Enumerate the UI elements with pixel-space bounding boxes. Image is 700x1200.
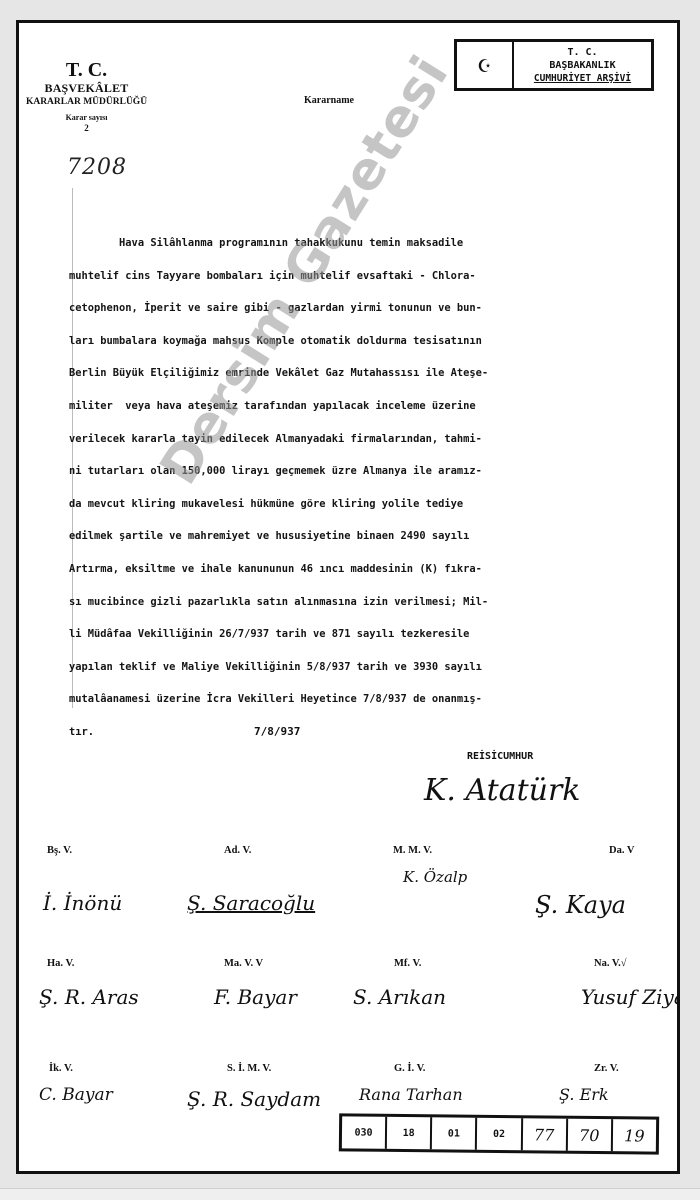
president-title: REİSİCUMHUR xyxy=(467,751,533,762)
ref-cell: 030 xyxy=(342,1116,387,1148)
minister-label: Mf. V. xyxy=(394,958,421,969)
minister-label: M. M. V. xyxy=(393,845,432,856)
body-line: mutalâanamesi üzerine İcra Vekilleri Hey… xyxy=(69,683,649,716)
body-line: muhtelif cins Tayyare bombaları için muh… xyxy=(69,260,649,293)
stamp-line-3: CUMHURİYET ARŞİVİ xyxy=(514,72,651,85)
minister-label: Ha. V. xyxy=(47,958,74,969)
crescent-star-icon: ☪ xyxy=(457,42,514,88)
stamp-line-1: T. C. xyxy=(514,46,651,59)
minister-signature: C. Bayar xyxy=(39,1085,113,1105)
minister-signature: Rana Tarhan xyxy=(359,1085,463,1104)
minister-label: Na. V.√ xyxy=(594,958,627,969)
issuer-header: T. C. BAŞVEKÂLET KARARLAR MÜDÜRLÜĞÜ Kara… xyxy=(19,59,154,133)
ref-cell: 77 xyxy=(522,1118,567,1150)
minister-signature: Ş. Erk xyxy=(559,1085,609,1104)
ref-cell: 19 xyxy=(613,1119,656,1151)
minister-label: G. İ. V. xyxy=(394,1063,425,1074)
minister-label: Da. V xyxy=(609,845,634,856)
state-abbrev: T. C. xyxy=(19,59,154,81)
decision-number-label: Karar sayısı xyxy=(19,113,154,123)
archive-stamp: ☪ T. C. BAŞBAKANLIK CUMHURİYET ARŞİVİ xyxy=(454,39,654,91)
body-line: Berlin Büyük Elçiliğimiz emrinde Vekâlet… xyxy=(69,357,649,390)
decree-body: Hava Silâhlanma programının tahakkukunu … xyxy=(69,227,649,749)
minister-label: S. İ. M. V. xyxy=(227,1063,271,1074)
minister-signature: Ş. Saracoğlu xyxy=(187,891,315,915)
body-line: ları bumbalara koymağa mahsus Komple oto… xyxy=(69,325,649,358)
body-line: yapılan teklif ve Maliye Vekilliğinin 5/… xyxy=(69,651,649,684)
minister-label: Zr. V. xyxy=(594,1063,619,1074)
minister-label: Ad. V. xyxy=(224,845,251,856)
archive-reference-box: 030 18 01 02 77 70 19 xyxy=(339,1113,659,1154)
body-line: da mevcut kliring mukavelesi hükmüne gör… xyxy=(69,488,649,521)
minister-label: Bş. V. xyxy=(47,845,72,856)
minister-signature: İ. İnönü xyxy=(43,891,122,915)
minister-signature: Ş. Kaya xyxy=(535,891,626,919)
ref-cell: 01 xyxy=(432,1117,477,1149)
department-name: KARARLAR MÜDÜRLÜĞÜ xyxy=(19,95,154,109)
document-type: Kararname xyxy=(304,95,354,106)
minister-signature: Ş. R. Saydam xyxy=(187,1087,321,1111)
ministry-name: BAŞVEKÂLET xyxy=(19,81,154,95)
viewer-bottom-strip xyxy=(0,1188,700,1200)
body-line: militer veya hava ateşemiz tarafından ya… xyxy=(69,390,649,423)
handwritten-decision-number: 7208 xyxy=(67,155,127,180)
body-line: tır. xyxy=(69,716,649,749)
minister-signature: S. Arıkan xyxy=(353,985,446,1009)
body-line: sı mucibince gizli pazarlıkla satın alın… xyxy=(69,586,649,619)
decision-number-sub: 2 xyxy=(19,123,154,133)
minister-signature: F. Bayar xyxy=(214,985,297,1009)
body-line: ni tutarları olan 150,000 lirayı geçmeme… xyxy=(69,455,649,488)
minister-signature: Yusuf Ziya xyxy=(581,985,680,1009)
ref-cell: 70 xyxy=(568,1119,613,1151)
minister-signature: K. Özalp xyxy=(403,868,467,886)
body-line: cetophenon, İperit ve saire gibi - gazla… xyxy=(69,292,649,325)
body-line: Artırma, eksiltme ve ihale kanununun 46 … xyxy=(69,553,649,586)
document-page: T. C. BAŞVEKÂLET KARARLAR MÜDÜRLÜĞÜ Kara… xyxy=(16,20,680,1174)
minister-label: İk. V. xyxy=(49,1063,73,1074)
body-line: edilmek şartile ve mahremiyet ve hususiy… xyxy=(69,520,649,553)
president-signature: K. Atatürk xyxy=(424,773,580,808)
minister-label: Ma. V. V xyxy=(224,958,263,969)
body-line: verilecek kararla tayin edilecek Almanya… xyxy=(69,423,649,456)
body-line: Hava Silâhlanma programının tahakkukunu … xyxy=(69,227,649,260)
ref-cell: 02 xyxy=(477,1118,522,1150)
body-line: li Müdâfaa Vekilliğinin 26/7/937 tarih v… xyxy=(69,618,649,651)
decree-date: 7/8/937 xyxy=(254,725,300,738)
ref-cell: 18 xyxy=(387,1117,432,1149)
minister-signature: Ş. R. Aras xyxy=(39,985,139,1009)
stamp-line-2: BAŞBAKANLIK xyxy=(514,59,651,72)
